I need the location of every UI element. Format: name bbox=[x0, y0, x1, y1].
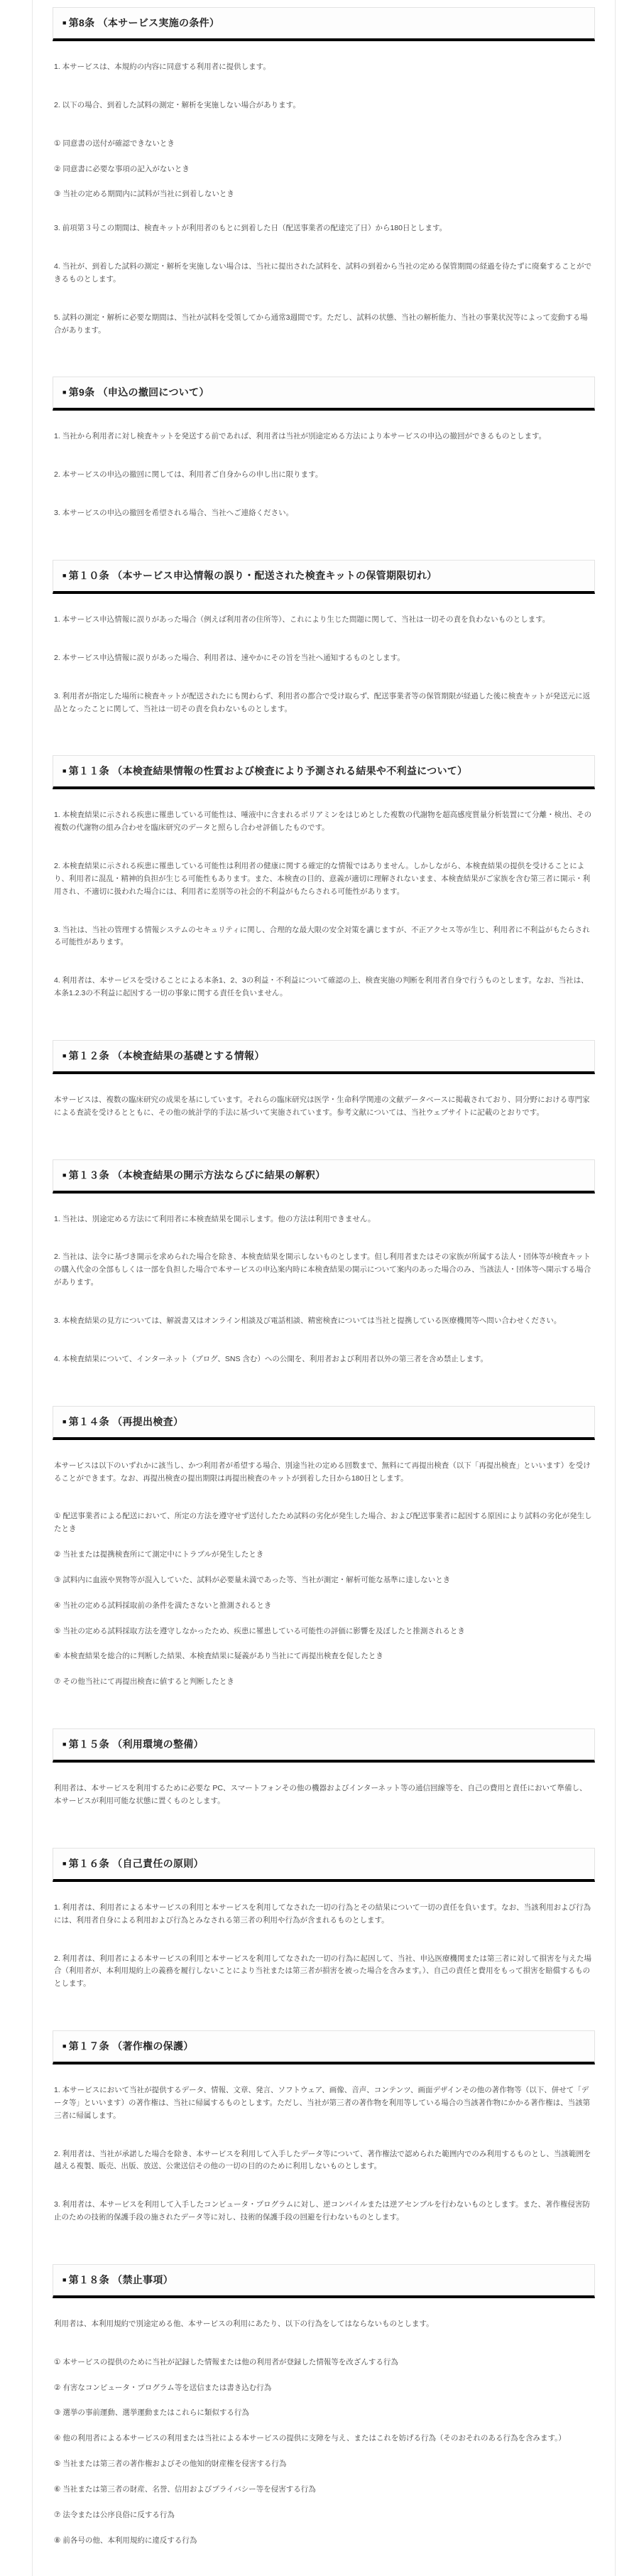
section-header: ■第１０条 （本サービス申込情報の誤り・配送された検査キットの保管期限切れ） bbox=[53, 560, 595, 594]
clause-sub-item: ② 同意書に必要な事項の記入がないとき bbox=[54, 163, 594, 176]
clause-paragraph: 3. 本サービスの申込の撤回を希望される場合、当社へご連絡ください。 bbox=[54, 507, 594, 520]
clause-sub-item: ⑧ 前各号の他、本利用規約に違反する行為 bbox=[54, 2535, 594, 2548]
section-title: 第１２条 （本検査結果の基礎とする情報） bbox=[69, 1050, 265, 1061]
square-bullet-icon: ■ bbox=[62, 2276, 67, 2283]
clause-sub-item: ⑥ 当社または第三者の財産、名誉、信用およびプライバシー等を侵害する行為 bbox=[54, 2484, 594, 2496]
section-title: 第１５条 （利用環境の整備） bbox=[69, 1738, 204, 1750]
section-body: 本サービスは、複数の臨床研究の成果を基にしています。それらの臨床研究は医学・生命… bbox=[53, 1094, 595, 1120]
terms-section-article-8: ■第8条 （本サービス実施の条件） 1. 本サービスは、本規約の内容に同意する利… bbox=[53, 7, 595, 337]
clause-sub-item: ⑦ その他当社にて再提出検査に値すると判断したとき bbox=[54, 1676, 594, 1689]
terms-section-article-9: ■第9条 （申込の撤回について） 1. 当社から利用者に対し検査キットを発送する… bbox=[53, 377, 595, 520]
section-title: 第１６条 （自己責任の原則） bbox=[69, 1858, 204, 1869]
clause-sub-item: ③ 試料内に血液や異物等が混入していた、試料が必要量未満であった等、当社が測定・… bbox=[54, 1574, 594, 1587]
terms-section-article-12: ■第１２条 （本検査結果の基礎とする情報） 本サービスは、複数の臨床研究の成果を… bbox=[53, 1040, 595, 1120]
clause-paragraph: 本サービスは以下のいずれかに該当し、かつ利用者が希望する場合、別途当社の定める回… bbox=[54, 1460, 594, 1485]
section-body: 1. 本サービス申込情報に誤りがあった場合（例えば利用者の住所等）、これにより生… bbox=[53, 614, 595, 715]
terms-section-article-18: ■第１８条 （禁止事項） 利用者は、本利用規約で別途定める他、本サービスの利用に… bbox=[53, 2264, 595, 2548]
section-body: 1. 本検査結果に示される疾患に罹患している可能性は、唾液中に含まれるポリアミン… bbox=[53, 809, 595, 1000]
section-header: ■第9条 （申込の撤回について） bbox=[53, 377, 595, 411]
clause-paragraph: 1. 本サービスにおいて当社が提供するデータ、情報、文章、発言、ソフトウェア、画… bbox=[54, 2084, 594, 2123]
clause-paragraph: 1. 利用者は、利用者による本サービスの利用と本サービスを利用してなされた一切の… bbox=[54, 1902, 594, 1927]
clause-paragraph: 2. 本サービスの申込の撤回に関しては、利用者ご自身からの申し出に限ります。 bbox=[54, 469, 594, 482]
clause-paragraph: 2. 利用者は、当社が承諾した場合を除き、本サービスを利用して入手したデータ等に… bbox=[54, 2148, 594, 2174]
section-body: 1. 利用者は、利用者による本サービスの利用と本サービスを利用してなされた一切の… bbox=[53, 1902, 595, 1991]
section-title: 第9条 （申込の撤回について） bbox=[69, 386, 209, 398]
clause-paragraph: 2. 本サービス申込情報に誤りがあった場合、利用者は、速やかにその旨を当社へ通知… bbox=[54, 652, 594, 665]
clause-sub-item: ⑤ 当社の定める試料採取方法を遵守しなかったため、疾患に罹患している可能性の評価… bbox=[54, 1625, 594, 1638]
section-header: ■第１５条 （利用環境の整備） bbox=[53, 1728, 595, 1763]
clause-sub-item: ③ 選挙の事前運動、選挙運動またはこれらに類似する行為 bbox=[54, 2407, 594, 2420]
clause-paragraph: 1. 当社から利用者に対し検査キットを発送する前であれば、利用者は当社が別途定め… bbox=[54, 431, 594, 443]
section-title: 第１１条 （本検査結果情報の性質および検査により予測される結果や不利益について） bbox=[69, 765, 468, 776]
clause-paragraph: 1. 本サービス申込情報に誤りがあった場合（例えば利用者の住所等）、これにより生… bbox=[54, 614, 594, 627]
clause-paragraph: 2. 利用者は、利用者による本サービスの利用と本サービスを利用してなされた一切の… bbox=[54, 1953, 594, 1991]
square-bullet-icon: ■ bbox=[62, 19, 67, 26]
square-bullet-icon: ■ bbox=[62, 389, 67, 396]
section-header: ■第１３条 （本検査結果の開示方法ならびに結果の解釈） bbox=[53, 1159, 595, 1194]
terms-section-article-16: ■第１６条 （自己責任の原則） 1. 利用者は、利用者による本サービスの利用と本… bbox=[53, 1848, 595, 1991]
square-bullet-icon: ■ bbox=[62, 1052, 67, 1059]
clause-sub-item: ⑥ 本検査結果を総合的に判断した結果、本検査結果に疑義があり当社にて再提出検査を… bbox=[54, 1650, 594, 1663]
section-body: 本サービスは以下のいずれかに該当し、かつ利用者が希望する場合、別途当社の定める回… bbox=[53, 1460, 595, 1689]
terms-section-article-11: ■第１１条 （本検査結果情報の性質および検査により予測される結果や不利益について… bbox=[53, 755, 595, 1000]
clause-paragraph: 3. 利用者は、本サービスを利用して入手したコンピュータ・プログラムに対し、逆コ… bbox=[54, 2199, 594, 2224]
section-body: 1. 本サービスにおいて当社が提供するデータ、情報、文章、発言、ソフトウェア、画… bbox=[53, 2084, 595, 2224]
clause-paragraph: 2. 当社は、法令に基づき開示を求められた場合を除き、本検査結果を開示しないもの… bbox=[54, 1251, 594, 1289]
square-bullet-icon: ■ bbox=[62, 1418, 67, 1425]
section-body: 1. 本サービスは、本規約の内容に同意する利用者に提供します。2. 以下の場合、… bbox=[53, 61, 595, 337]
clause-paragraph: 5. 試料の測定・解析に必要な期間は、当社が試料を受領してから通常3週間です。た… bbox=[54, 312, 594, 337]
clause-paragraph: 4. 利用者は、本サービスを受けることによる本条1、2、3の利益・不利益について… bbox=[54, 975, 594, 1000]
section-header: ■第8条 （本サービス実施の条件） bbox=[53, 7, 595, 41]
clause-paragraph: 4. 本検査結果について、インターネット（ブログ、SNS 含む）への公開を、利用… bbox=[54, 1353, 594, 1366]
terms-section-article-10: ■第１０条 （本サービス申込情報の誤り・配送された検査キットの保管期限切れ） 1… bbox=[53, 560, 595, 715]
clause-paragraph: 3. 本検査結果の見方については、解説書又はオンライン相談及び電話相談、精密検査… bbox=[54, 1315, 594, 1328]
terms-container: ■第8条 （本サービス実施の条件） 1. 本サービスは、本規約の内容に同意する利… bbox=[32, 0, 616, 2576]
terms-section-article-13: ■第１３条 （本検査結果の開示方法ならびに結果の解釈） 1. 当社は、別途定める… bbox=[53, 1159, 595, 1366]
terms-section-article-15: ■第１５条 （利用環境の整備） 利用者は、本サービスを利用するために必要な PC… bbox=[53, 1728, 595, 1808]
clause-sub-item: ① 同意書の送付が確認できないとき bbox=[54, 138, 594, 151]
clause-paragraph: 2. 以下の場合、到着した試料の測定・解析を実施しない場合があります。 bbox=[54, 99, 594, 112]
section-title: 第１０条 （本サービス申込情報の誤り・配送された検査キットの保管期限切れ） bbox=[69, 570, 437, 581]
terms-section-article-17: ■第１７条 （著作権の保護） 1. 本サービスにおいて当社が提供するデータ、情報… bbox=[53, 2030, 595, 2224]
clause-sub-item: ② 当社または提携検査所にて測定中にトラブルが発生したとき bbox=[54, 1549, 594, 1562]
square-bullet-icon: ■ bbox=[62, 1860, 67, 1867]
square-bullet-icon: ■ bbox=[62, 1171, 67, 1179]
clause-sub-item: ⑦ 法令または公序良俗に反する行為 bbox=[54, 2509, 594, 2522]
clause-sub-item: ④ 当社の定める試料採取前の条件を満たさないと推測されるとき bbox=[54, 1600, 594, 1613]
section-title: 第8条 （本サービス実施の条件） bbox=[69, 17, 219, 28]
section-header: ■第１２条 （本検査結果の基礎とする情報） bbox=[53, 1040, 595, 1074]
square-bullet-icon: ■ bbox=[62, 767, 67, 774]
section-header: ■第１１条 （本検査結果情報の性質および検査により予測される結果や不利益について… bbox=[53, 755, 595, 789]
section-header: ■第１６条 （自己責任の原則） bbox=[53, 1848, 595, 1882]
clause-sub-item: ④ 他の利用者による本サービスの利用または当社による本サービスの提供に支障を与え… bbox=[54, 2432, 594, 2445]
terms-page: ■第8条 （本サービス実施の条件） 1. 本サービスは、本規約の内容に同意する利… bbox=[0, 0, 639, 2576]
clause-sub-item: ① 本サービスの提供のために当社が記録した情報または他の利用者が登録した情報等を… bbox=[54, 2356, 594, 2369]
clause-paragraph: 3. 前項第３号この期間は、検査キットが利用者のもとに到着した日（配送事業者の配… bbox=[54, 222, 594, 235]
section-body: 1. 当社から利用者に対し検査キットを発送する前であれば、利用者は当社が別途定め… bbox=[53, 431, 595, 520]
section-title: 第１７条 （著作権の保護） bbox=[69, 2040, 194, 2052]
clause-paragraph: 利用者は、本サービスを利用するために必要な PC、スマートフォンその他の機器およ… bbox=[54, 1782, 594, 1808]
clause-paragraph: 3. 利用者が指定した場所に検査キットが配送されたにも関わらず、利用者の都合で受… bbox=[54, 691, 594, 716]
clause-paragraph: 1. 当社は、別途定める方法にて利用者に本検査結果を開示します。他の方法は利用で… bbox=[54, 1213, 594, 1226]
terms-section-article-14: ■第１４条 （再提出検査） 本サービスは以下のいずれかに該当し、かつ利用者が希望… bbox=[53, 1406, 595, 1689]
clause-paragraph: 利用者は、本利用規約で別途定める他、本サービスの利用にあたり、以下の行為をしては… bbox=[54, 2318, 594, 2331]
section-body: 利用者は、本サービスを利用するために必要な PC、スマートフォンその他の機器およ… bbox=[53, 1782, 595, 1808]
section-title: 第１８条 （禁止事項） bbox=[69, 2274, 173, 2285]
section-header: ■第１８条 （禁止事項） bbox=[53, 2264, 595, 2298]
square-bullet-icon: ■ bbox=[62, 572, 67, 579]
clause-paragraph: 1. 本検査結果に示される疾患に罹患している可能性は、唾液中に含まれるポリアミン… bbox=[54, 809, 594, 835]
square-bullet-icon: ■ bbox=[62, 1741, 67, 1748]
clause-paragraph: 1. 本サービスは、本規約の内容に同意する利用者に提供します。 bbox=[54, 61, 594, 74]
clause-sub-item: ② 有害なコンピュータ・プログラム等を送信または書き込む行為 bbox=[54, 2382, 594, 2395]
clause-paragraph: 4. 当社が、到着した試料の測定・解析を実施しない場合は、当社に提出された試料を… bbox=[54, 261, 594, 286]
section-header: ■第１７条 （著作権の保護） bbox=[53, 2030, 595, 2064]
clause-paragraph: 本サービスは、複数の臨床研究の成果を基にしています。それらの臨床研究は医学・生命… bbox=[54, 1094, 594, 1120]
section-body: 利用者は、本利用規約で別途定める他、本サービスの利用にあたり、以下の行為をしては… bbox=[53, 2318, 595, 2548]
clause-paragraph: 3. 当社は、当社の管理する情報システムのセキュリティに関し、合理的な最大限の安… bbox=[54, 924, 594, 950]
clause-sub-item: ① 配送事業者による配送において、所定の方法を遵守せず送付したため試料の劣化が発… bbox=[54, 1510, 594, 1536]
section-title: 第１３条 （本検査結果の開示方法ならびに結果の解釈） bbox=[69, 1169, 326, 1181]
section-title: 第１４条 （再提出検査） bbox=[69, 1416, 184, 1427]
clause-sub-item: ③ 当社の定める期間内に試料が当社に到着しないとき bbox=[54, 188, 594, 201]
section-body: 1. 当社は、別途定める方法にて利用者に本検査結果を開示します。他の方法は利用で… bbox=[53, 1213, 595, 1366]
clause-paragraph: 2. 本検査結果に示される疾患に罹患している可能性は利用者の健康に関する確定的な… bbox=[54, 860, 594, 899]
square-bullet-icon: ■ bbox=[62, 2042, 67, 2050]
section-header: ■第１４条 （再提出検査） bbox=[53, 1406, 595, 1440]
clause-sub-item: ⑤ 当社または第三者の著作権およびその他知的財産権を侵害する行為 bbox=[54, 2458, 594, 2471]
